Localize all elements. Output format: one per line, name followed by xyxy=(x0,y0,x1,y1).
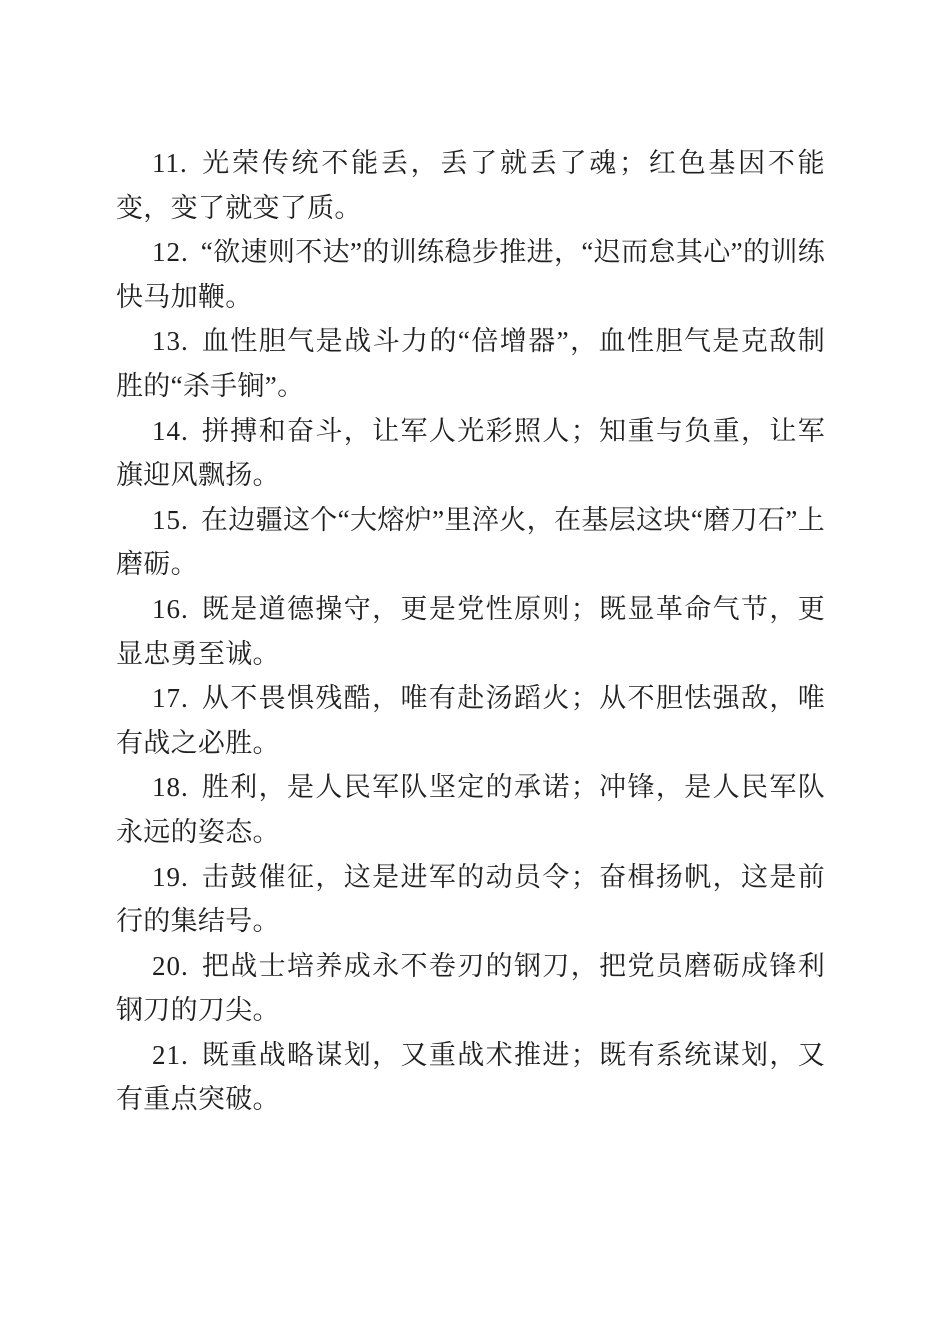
item-number: 13. xyxy=(152,326,189,356)
item-number: 18. xyxy=(152,772,189,802)
item-text: 胜利，是人民军队坚定的承诺；冲锋，是人民军队永远的姿态。 xyxy=(116,772,825,847)
list-item-12: 12.“欲速则不达”的训练稳步推进，“迟而怠其心”的训练快马加鞭。 xyxy=(116,230,825,319)
item-number: 20. xyxy=(152,951,189,981)
list-item-17: 17.从不畏惧残酷，唯有赴汤蹈火；从不胆怯强敌，唯有战之必胜。 xyxy=(116,676,825,765)
item-text: 在边疆这个“大熔炉”里淬火，在基层这块“磨刀石”上磨砺。 xyxy=(116,505,825,580)
item-text: “欲速则不达”的训练稳步推进，“迟而怠其心”的训练快马加鞭。 xyxy=(116,237,825,312)
item-text: 光荣传统不能丢，丢了就丢了魂；红色基因不能变，变了就变了质。 xyxy=(116,148,825,223)
list-item-11: 11.光荣传统不能丢，丢了就丢了魂；红色基因不能变，变了就变了质。 xyxy=(116,141,825,230)
list-item-14: 14.拼搏和奋斗，让军人光彩照人；知重与负重，让军旗迎风飘扬。 xyxy=(116,409,825,498)
item-text: 击鼓催征，这是进军的动员令；奋楫扬帆，这是前行的集结号。 xyxy=(116,862,825,937)
item-number: 12. xyxy=(152,237,189,267)
item-number: 17. xyxy=(152,683,189,713)
list-item-18: 18.胜利，是人民军队坚定的承诺；冲锋，是人民军队永远的姿态。 xyxy=(116,765,825,854)
item-number: 15. xyxy=(152,505,189,535)
list-item-15: 15.在边疆这个“大熔炉”里淬火，在基层这块“磨刀石”上磨砺。 xyxy=(116,498,825,587)
item-number: 11. xyxy=(152,148,188,178)
list-item-19: 19.击鼓催征，这是进军的动员令；奋楫扬帆，这是前行的集结号。 xyxy=(116,855,825,944)
item-number: 16. xyxy=(152,594,189,624)
document-page: 11.光荣传统不能丢，丢了就丢了魂；红色基因不能变，变了就变了质。 12.“欲速… xyxy=(0,0,950,1344)
item-text: 拼搏和奋斗，让军人光彩照人；知重与负重，让军旗迎风飘扬。 xyxy=(116,416,825,491)
list-item-21: 21.既重战略谋划，又重战术推进；既有系统谋划，又有重点突破。 xyxy=(116,1033,825,1122)
item-text: 从不畏惧残酷，唯有赴汤蹈火；从不胆怯强敌，唯有战之必胜。 xyxy=(116,683,825,758)
item-text: 把战士培养成永不卷刃的钢刀，把党员磨砺成锋利钢刀的刀尖。 xyxy=(116,951,825,1026)
item-number: 21. xyxy=(152,1040,189,1070)
item-number: 19. xyxy=(152,862,189,892)
item-text: 既重战略谋划，又重战术推进；既有系统谋划，又有重点突破。 xyxy=(116,1040,825,1115)
item-text: 血性胆气是战斗力的“倍增器”，血性胆气是克敌制胜的“杀手锏”。 xyxy=(116,326,825,401)
list-item-16: 16.既是道德操守，更是党性原则；既显革命气节，更显忠勇至诚。 xyxy=(116,587,825,676)
list-item-13: 13.血性胆气是战斗力的“倍增器”，血性胆气是克敌制胜的“杀手锏”。 xyxy=(116,319,825,408)
item-text: 既是道德操守，更是党性原则；既显革命气节，更显忠勇至诚。 xyxy=(116,594,825,669)
list-item-20: 20.把战士培养成永不卷刃的钢刀，把党员磨砺成锋利钢刀的刀尖。 xyxy=(116,944,825,1033)
item-number: 14. xyxy=(152,416,189,446)
